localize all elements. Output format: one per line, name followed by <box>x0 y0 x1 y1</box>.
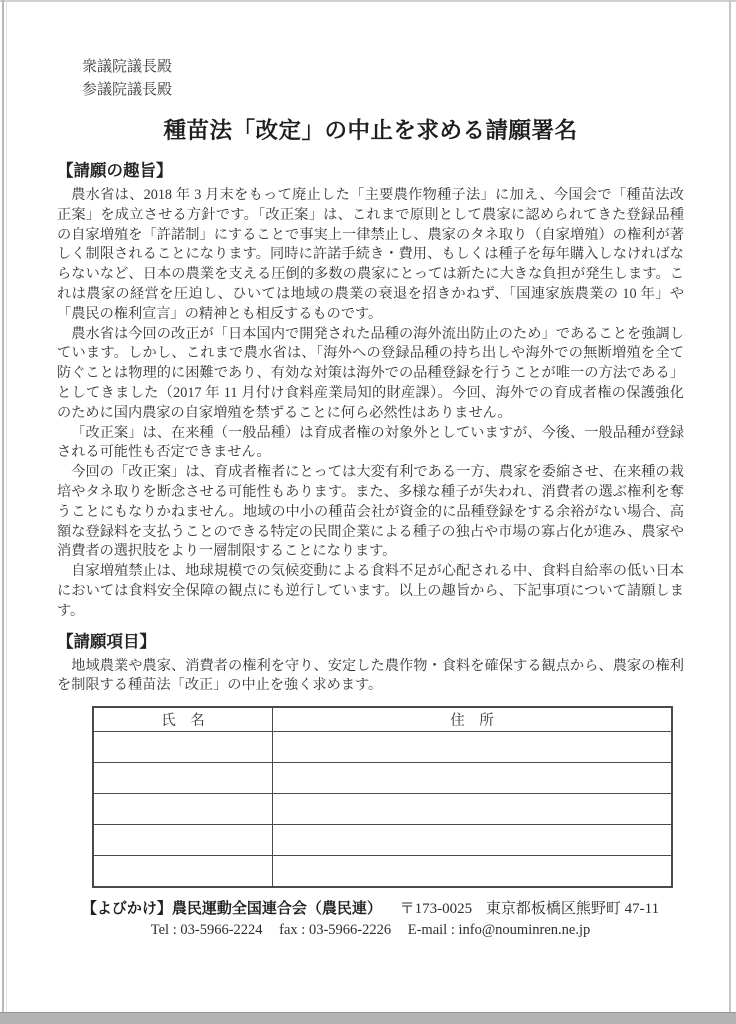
purpose-paragraph: 「改正案」は、在来種（一般品種）は育成者権の対象外としていますが、今後、一般品種… <box>57 424 684 464</box>
footer-contact-line: Tel : 03-5966-2224 fax : 03-5966-2226 E-… <box>57 920 684 941</box>
page-title: 種苗法「改定」の中止を求める請願署名 <box>57 116 684 146</box>
name-cell <box>93 732 273 763</box>
addressee-house-of-representatives: 衆議院議長殿 <box>82 56 684 79</box>
footer-caller: 【よびかけ】農民運動全国連合会（農民連） <box>82 900 382 917</box>
address-cell <box>273 763 673 794</box>
address-cell <box>273 856 673 888</box>
name-cell <box>93 763 273 794</box>
signature-row <box>93 763 672 794</box>
footer-email: E-mail : info@nouminren.ne.jp <box>408 922 590 938</box>
column-header-name: 氏 名 <box>93 707 273 732</box>
name-cell <box>93 794 273 825</box>
addressee-block: 衆議院議長殿 参議院議長殿 <box>82 56 684 102</box>
footer-address: 東京都板橋区熊野町 47-11 <box>486 901 659 917</box>
signature-row <box>93 825 672 856</box>
section-heading-items: 【請願項目】 <box>57 630 684 654</box>
address-cell <box>273 732 673 763</box>
purpose-paragraph: 今回の「改正案」は、育成者権者にとっては大変有利である一方、農家を委縮させ、在来… <box>57 463 684 562</box>
signature-row <box>93 732 672 763</box>
purpose-paragraph: 農水省は今回の改正が「日本国内で開発された品種の海外流出防止のため」であることを… <box>57 325 684 424</box>
name-cell <box>93 856 273 888</box>
scan-edge-right <box>729 0 731 1013</box>
petition-document: 衆議院議長殿 参議院議長殿 種苗法「改定」の中止を求める請願署名 【請願の趣旨】… <box>57 0 684 941</box>
signature-row <box>93 856 672 888</box>
footer-postal-code: 〒173-0025 <box>400 901 473 917</box>
section-heading-purpose: 【請願の趣旨】 <box>57 159 684 183</box>
purpose-paragraph: 農水省は、2018 年 3 月末をもって廃止した「主要農作物種子法」に加え、今国… <box>57 186 684 325</box>
footer-fax: fax : 03-5966-2226 <box>279 922 391 938</box>
signature-table: 氏 名 住 所 <box>92 706 673 888</box>
signature-row <box>93 794 672 825</box>
footer-organization-line: 【よびかけ】農民運動全国連合会（農民連） 〒173-0025 東京都板橋区熊野町… <box>57 898 684 920</box>
purpose-paragraph: 自家増殖禁止は、地球規模での気候変動による食料不足が心配される中、食料自給率の低… <box>57 562 684 621</box>
address-cell <box>273 825 673 856</box>
footer-tel: Tel : 03-5966-2224 <box>151 922 263 938</box>
items-paragraph: 地域農業や農家、消費者の権利を守り、安定した農作物・食料を確保する観点から、農家… <box>57 657 684 697</box>
address-cell <box>273 794 673 825</box>
scan-edge-left-inner <box>6 0 7 1013</box>
scan-edge-bottom <box>0 1012 736 1024</box>
column-header-address: 住 所 <box>273 707 673 732</box>
name-cell <box>93 825 273 856</box>
addressee-house-of-councillors: 参議院議長殿 <box>82 79 684 102</box>
scan-edge-left <box>2 0 4 1013</box>
signature-table-header-row: 氏 名 住 所 <box>93 707 672 732</box>
document-footer: 【よびかけ】農民運動全国連合会（農民連） 〒173-0025 東京都板橋区熊野町… <box>57 898 684 941</box>
